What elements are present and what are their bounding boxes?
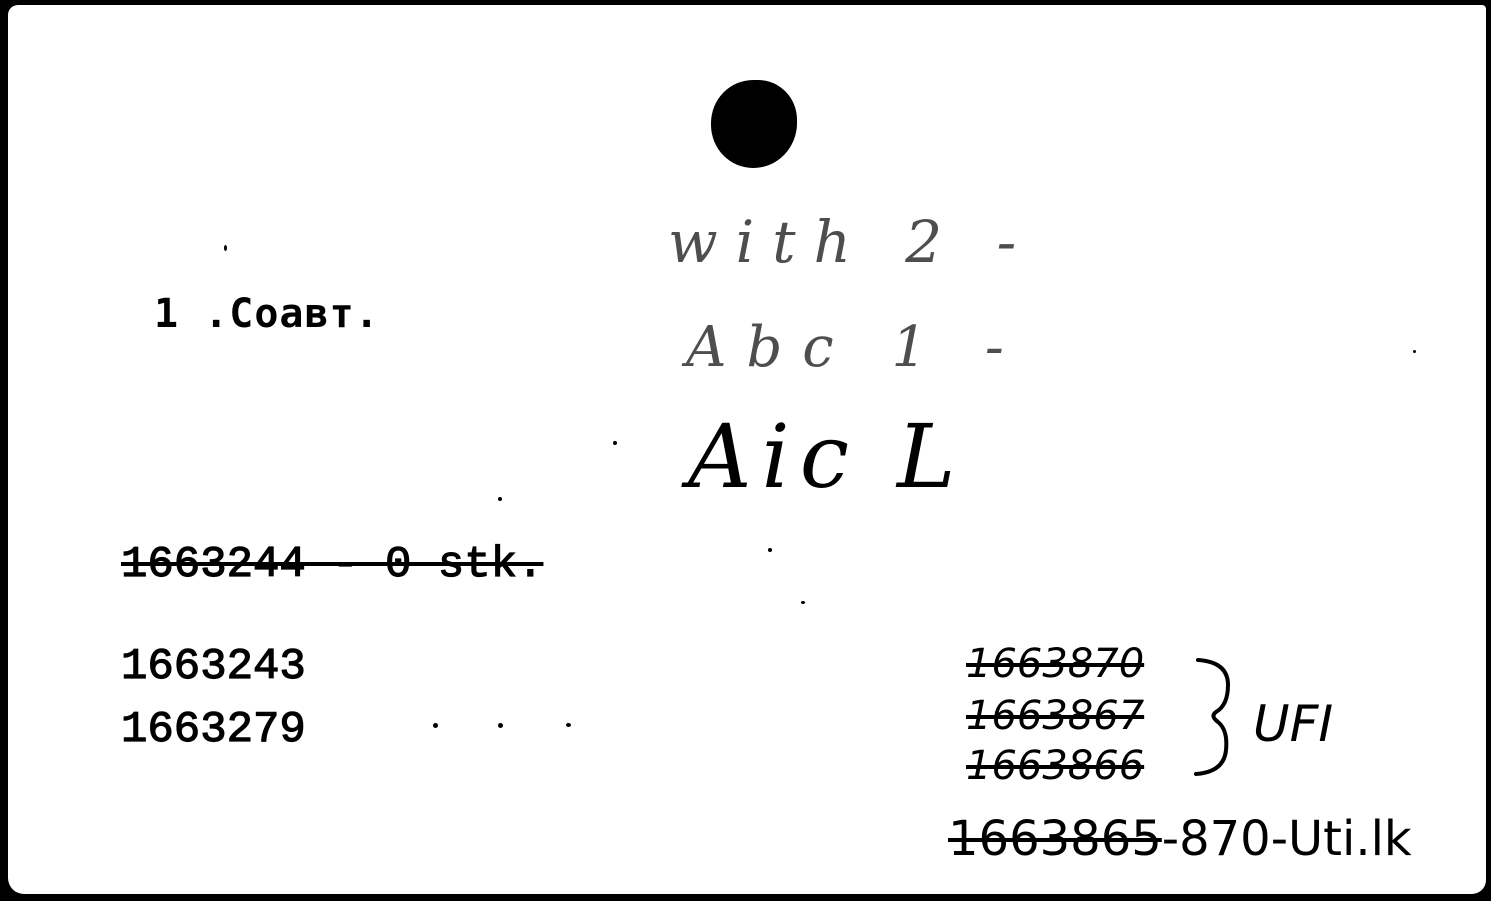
speck xyxy=(613,441,617,445)
speck xyxy=(498,723,503,728)
signature: Aic L xyxy=(688,405,965,508)
speck xyxy=(768,548,772,552)
index-card: 1 .Соавт. with 2 - Abc 1 - Aic L 1663244… xyxy=(8,5,1486,894)
speck xyxy=(498,497,502,501)
speck xyxy=(433,723,438,728)
handwritten-note-2: Abc 1 - xyxy=(686,315,1024,380)
struck-number-right-2: 1663867 xyxy=(966,693,1144,739)
struck-number-entry: 1663244 - 0 stk. xyxy=(121,540,543,590)
struck-number-right-3: 1663866 xyxy=(966,743,1144,789)
typed-heading: 1 .Соавт. xyxy=(154,291,380,337)
bottom-entry: 1663865-870-Uti.lk xyxy=(948,811,1412,867)
bottom-entry-struck: 1663865 xyxy=(948,811,1162,867)
number-entry-2: 1663279 xyxy=(121,705,306,755)
struck-number-right-1: 1663870 xyxy=(966,641,1144,687)
speck xyxy=(224,245,227,251)
handwritten-note-1: with 2 - xyxy=(668,208,1034,276)
speck xyxy=(801,601,805,604)
punch-hole xyxy=(711,80,797,168)
curly-brace-icon xyxy=(1188,650,1238,780)
speck xyxy=(1413,350,1416,353)
speck xyxy=(566,723,571,727)
bottom-entry-suffix: -870-Uti.lk xyxy=(1162,811,1412,867)
number-entry-1: 1663243 xyxy=(121,642,306,692)
group-label: UFI xyxy=(1253,695,1333,753)
